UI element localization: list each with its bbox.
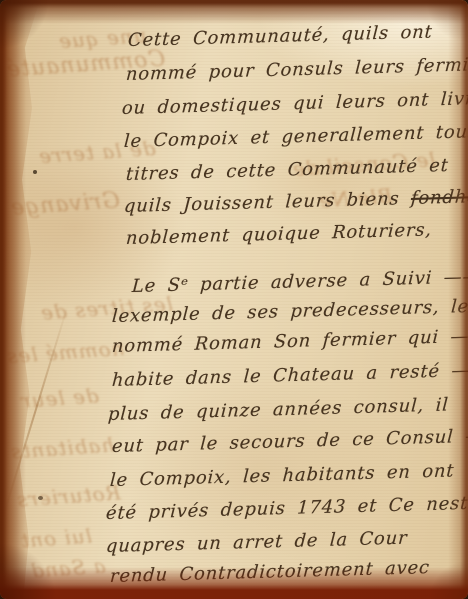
struck-word: fondha	[410, 186, 468, 209]
bleedthrough-fragment: lui ont	[19, 524, 92, 553]
manuscript-photo: une que Communauté de la terre Grivange …	[0, 0, 468, 599]
ink-speck	[33, 170, 37, 174]
ink-speck	[38, 496, 43, 500]
